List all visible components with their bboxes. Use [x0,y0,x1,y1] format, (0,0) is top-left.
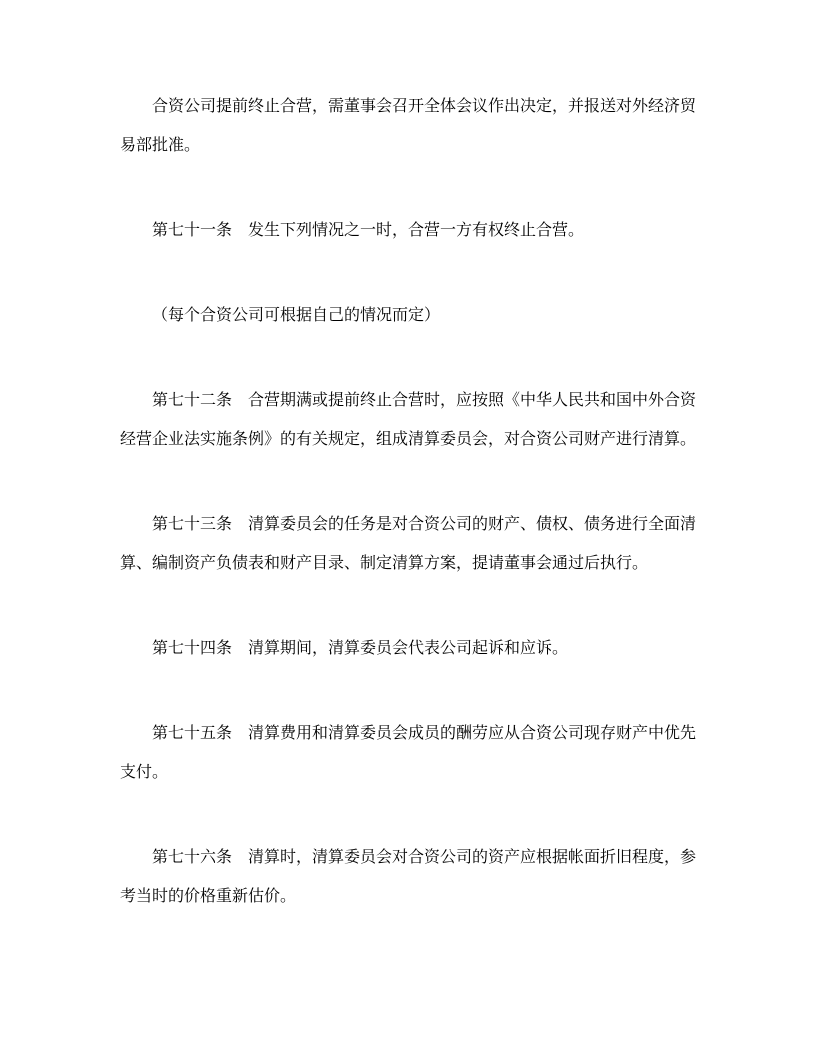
article-74: 第七十四条 清算期间，清算委员会代表公司起诉和应诉。 [120,628,696,667]
article-71: 第七十一条 发生下列情况之一时，合营一方有权终止合营。 [120,210,696,249]
clause-termination-approval: 合资公司提前终止合营，需董事会召开全体会议作出决定，并报送对外经济贸易部批准。 [120,86,696,164]
parenthetical-note: （每个合资公司可根据自己的情况而定） [120,295,696,334]
article-72: 第七十二条 合营期满或提前终止合营时，应按照《中华人民共和国中外合资经营企业法实… [120,380,696,458]
article-75: 第七十五条 清算费用和清算委员会成员的酬劳应从合资公司现存财产中优先支付。 [120,713,696,791]
article-76: 第七十六条 清算时，清算委员会对合资公司的资产应根据帐面折旧程度，参考当时的价格… [120,837,696,915]
article-73: 第七十三条 清算委员会的任务是对合资公司的财产、债权、债务进行全面清算、编制资产… [120,504,696,582]
document-page: 合资公司提前终止合营，需董事会召开全体会议作出决定，并报送对外经济贸易部批准。 … [0,0,816,1056]
